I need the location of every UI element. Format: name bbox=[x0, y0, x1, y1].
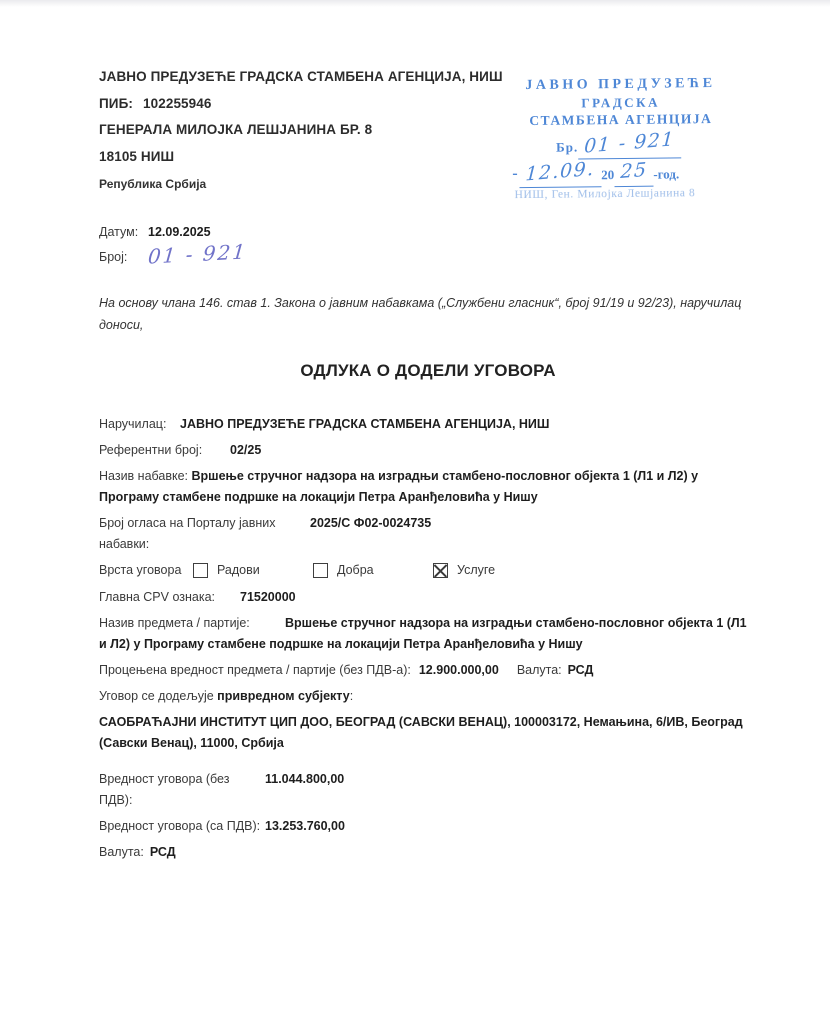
contract-type-option-dobra: Добра bbox=[313, 560, 433, 581]
number-line: Број:01 - 921 bbox=[99, 244, 757, 269]
cpv-label: Главна CPV ознака: bbox=[99, 587, 240, 608]
letterhead-country: Република Србија bbox=[99, 172, 757, 196]
letterhead-postal-city: 18105 НИШ bbox=[99, 144, 757, 171]
value-incl-vat-label: Вредност уговора (са ПДВ): bbox=[99, 816, 265, 837]
letterhead-company: ЈАВНО ПРЕДУЗЕЋЕ ГРАДСКА СТАМБЕНА АГЕНЦИЈ… bbox=[99, 64, 757, 91]
checkbox-radovi-icon bbox=[193, 563, 208, 578]
checkbox-dobra-icon bbox=[313, 563, 328, 578]
notice-no-label: Број огласа на Порталу јавних набавки: bbox=[99, 513, 310, 555]
supplier-line: САОБРАЋАЈНИ ИНСТИТУТ ЦИП ДОО, БЕОГРАД (С… bbox=[99, 712, 757, 754]
ref-no-line: Референтни број:02/25 bbox=[99, 440, 757, 461]
award-line: Уговор се додељује привредном субјекту: bbox=[99, 686, 757, 707]
value-incl-vat-line: Вредност уговора (са ПДВ):13.253.760,00 bbox=[99, 816, 757, 837]
date-value: 12.09.2025 bbox=[148, 225, 211, 239]
scan-edge-shadow bbox=[0, 0, 830, 7]
narucilac-label: Наручилац: bbox=[99, 414, 180, 435]
estimated-value-line: Процењена вредност предмета / партије (б… bbox=[99, 660, 757, 681]
contract-type-option-radovi: Радови bbox=[193, 560, 313, 581]
ref-no-value: 02/25 bbox=[230, 443, 261, 457]
pib-value: 102255946 bbox=[143, 96, 211, 111]
date-line: Датум:12.09.2025 bbox=[99, 220, 757, 244]
contract-type-label: Врста уговора bbox=[99, 560, 193, 581]
award-prefix: Уговор се додељује bbox=[99, 689, 217, 703]
currency2-value: РСД bbox=[150, 845, 176, 859]
number-label: Број: bbox=[99, 245, 148, 269]
procurement-name-value: Вршење стручног надзора на изградњи стам… bbox=[99, 469, 698, 504]
contract-type-row: Врста уговора Радови Добра Услуге bbox=[99, 560, 757, 581]
contract-type-option-usluge: Услуге bbox=[433, 560, 553, 581]
document-page: ЈАВНО ПРЕДУЗЕЋЕ ГРАДСКА СТАМБЕНА АГЕНЦИЈ… bbox=[99, 64, 757, 868]
estimated-value-label: Процењена вредност предмета / партије (б… bbox=[99, 663, 411, 677]
subject-label: Назив предмета / партије: bbox=[99, 613, 285, 634]
estimated-value: 12.900.000,00 bbox=[419, 663, 499, 677]
ref-no-label: Референтни број: bbox=[99, 440, 230, 461]
narucilac-value: ЈАВНО ПРЕДУЗЕЋЕ ГРАДСКА СТАМБЕНА АГЕНЦИЈ… bbox=[180, 417, 549, 431]
narucilac-line: Наручилац:ЈАВНО ПРЕДУЗЕЋЕ ГРАДСКА СТАМБЕ… bbox=[99, 414, 757, 435]
checkbox-usluge-label: Услуге bbox=[457, 560, 495, 581]
value-incl-vat: 13.253.760,00 bbox=[265, 819, 345, 833]
award-bold-text: привредном субјекту bbox=[217, 689, 350, 703]
currency2-label: Валута: bbox=[99, 845, 144, 859]
decision-fields: Наручилац:ЈАВНО ПРЕДУЗЕЋЕ ГРАДСКА СТАМБЕ… bbox=[99, 414, 757, 863]
letterhead-street: ГЕНЕРАЛА МИЛОЈКА ЛЕШЈАНИНА БР. 8 bbox=[99, 117, 757, 144]
currency-value: РСД bbox=[568, 663, 594, 677]
document-title: ОДЛУКА О ДОДЕЛИ УГОВОРА bbox=[99, 361, 757, 381]
date-label: Датум: bbox=[99, 220, 148, 244]
checkbox-radovi-label: Радови bbox=[217, 560, 260, 581]
legal-basis-paragraph: На основу члана 146. став 1. Закона о ја… bbox=[99, 293, 757, 336]
letterhead-pib-line: ПИБ:102255946 bbox=[99, 91, 757, 118]
value-excl-vat-label: Вредност уговора (без ПДВ): bbox=[99, 769, 265, 811]
value-excl-vat-line: Вредност уговора (без ПДВ):11.044.800,00 bbox=[99, 769, 757, 811]
award-suffix: : bbox=[350, 689, 353, 703]
cpv-value: 71520000 bbox=[240, 590, 296, 604]
subject-line: Назив предмета / партије:Вршење стручног… bbox=[99, 613, 757, 655]
notice-no-line: Број огласа на Порталу јавних набавки:20… bbox=[99, 513, 757, 555]
notice-no-value: 2025/С Ф02-0024735 bbox=[310, 516, 431, 530]
procurement-name-label: Назив набавке: bbox=[99, 469, 188, 483]
checkbox-dobra-label: Добра bbox=[337, 560, 374, 581]
cpv-line: Главна CPV ознака:71520000 bbox=[99, 587, 757, 608]
meta-block: Датум:12.09.2025 Број:01 - 921 bbox=[99, 220, 757, 269]
currency2-line: Валута:РСД bbox=[99, 842, 757, 863]
checkbox-usluge-icon bbox=[433, 563, 448, 578]
number-handwritten: 01 - 921 bbox=[147, 241, 248, 266]
procurement-name-line: Назив набавке: Вршење стручног надзора н… bbox=[99, 466, 757, 508]
currency-label: Валута: bbox=[517, 663, 562, 677]
value-excl-vat: 11.044.800,00 bbox=[265, 772, 344, 786]
pib-label: ПИБ: bbox=[99, 96, 133, 111]
